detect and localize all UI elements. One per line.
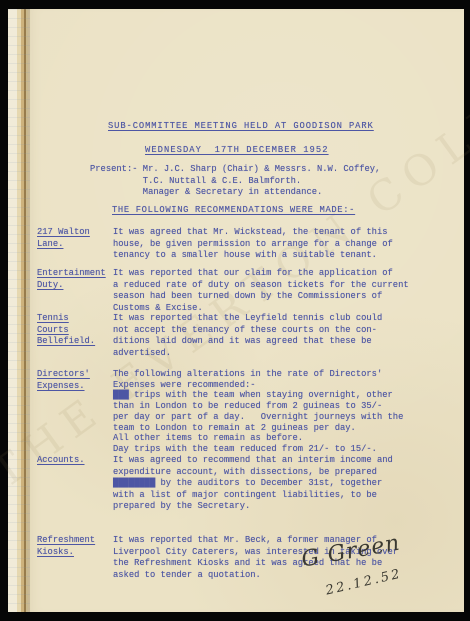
minute-section-directors-expenses: Directors' Expenses. The following alter… [37, 369, 403, 455]
document-page: THE EVERTON COLLECTION SUB-COMMITTEE MEE… [8, 9, 464, 612]
scanned-minutes-photo: THE EVERTON COLLECTION SUB-COMMITTEE MEE… [0, 0, 470, 621]
section-body: It was agreed to recommend that an inter… [113, 455, 393, 513]
section-heading: Directors' Expenses. [37, 369, 113, 392]
section-body: The following alterations in the rate of… [113, 369, 403, 455]
minute-section-accounts: Accounts. It was agreed to recommend tha… [37, 455, 393, 513]
present-attendees: Present:- Mr. J.C. Sharp (Chair) & Messr… [90, 164, 380, 199]
section-heading: Entertainment Duty. [37, 268, 113, 291]
meeting-date: WEDNESDAY 17TH DECEMBER 1952 [145, 145, 329, 155]
section-heading: 217 Walton Lane. [37, 227, 113, 250]
section-heading: Refreshment Kiosks. [37, 535, 113, 558]
section-body: It was reported that our claim for the a… [113, 268, 409, 314]
section-heading: Tennis Courts Bellefield. [37, 313, 113, 348]
section-heading: Accounts. [37, 455, 113, 467]
minute-section-entertainment-duty: Entertainment Duty. It was reported that… [37, 268, 409, 314]
minute-section-tennis-courts: Tennis Courts Bellefield. It was reporte… [37, 313, 382, 359]
minute-section-walton-lane: 217 Walton Lane. It was agreed that Mr. … [37, 227, 393, 262]
binding-page-edge [8, 9, 30, 612]
meeting-title: SUB-COMMITTEE MEETING HELD AT GOODISON P… [108, 121, 374, 131]
section-body: It was agreed that Mr. Wickstead, the te… [113, 227, 393, 262]
recommendations-heading: THE FOLLOWING RECOMMENDATIONS WERE MADE:… [112, 205, 355, 215]
section-body: It was reported that the Leyfield tennis… [113, 313, 382, 359]
